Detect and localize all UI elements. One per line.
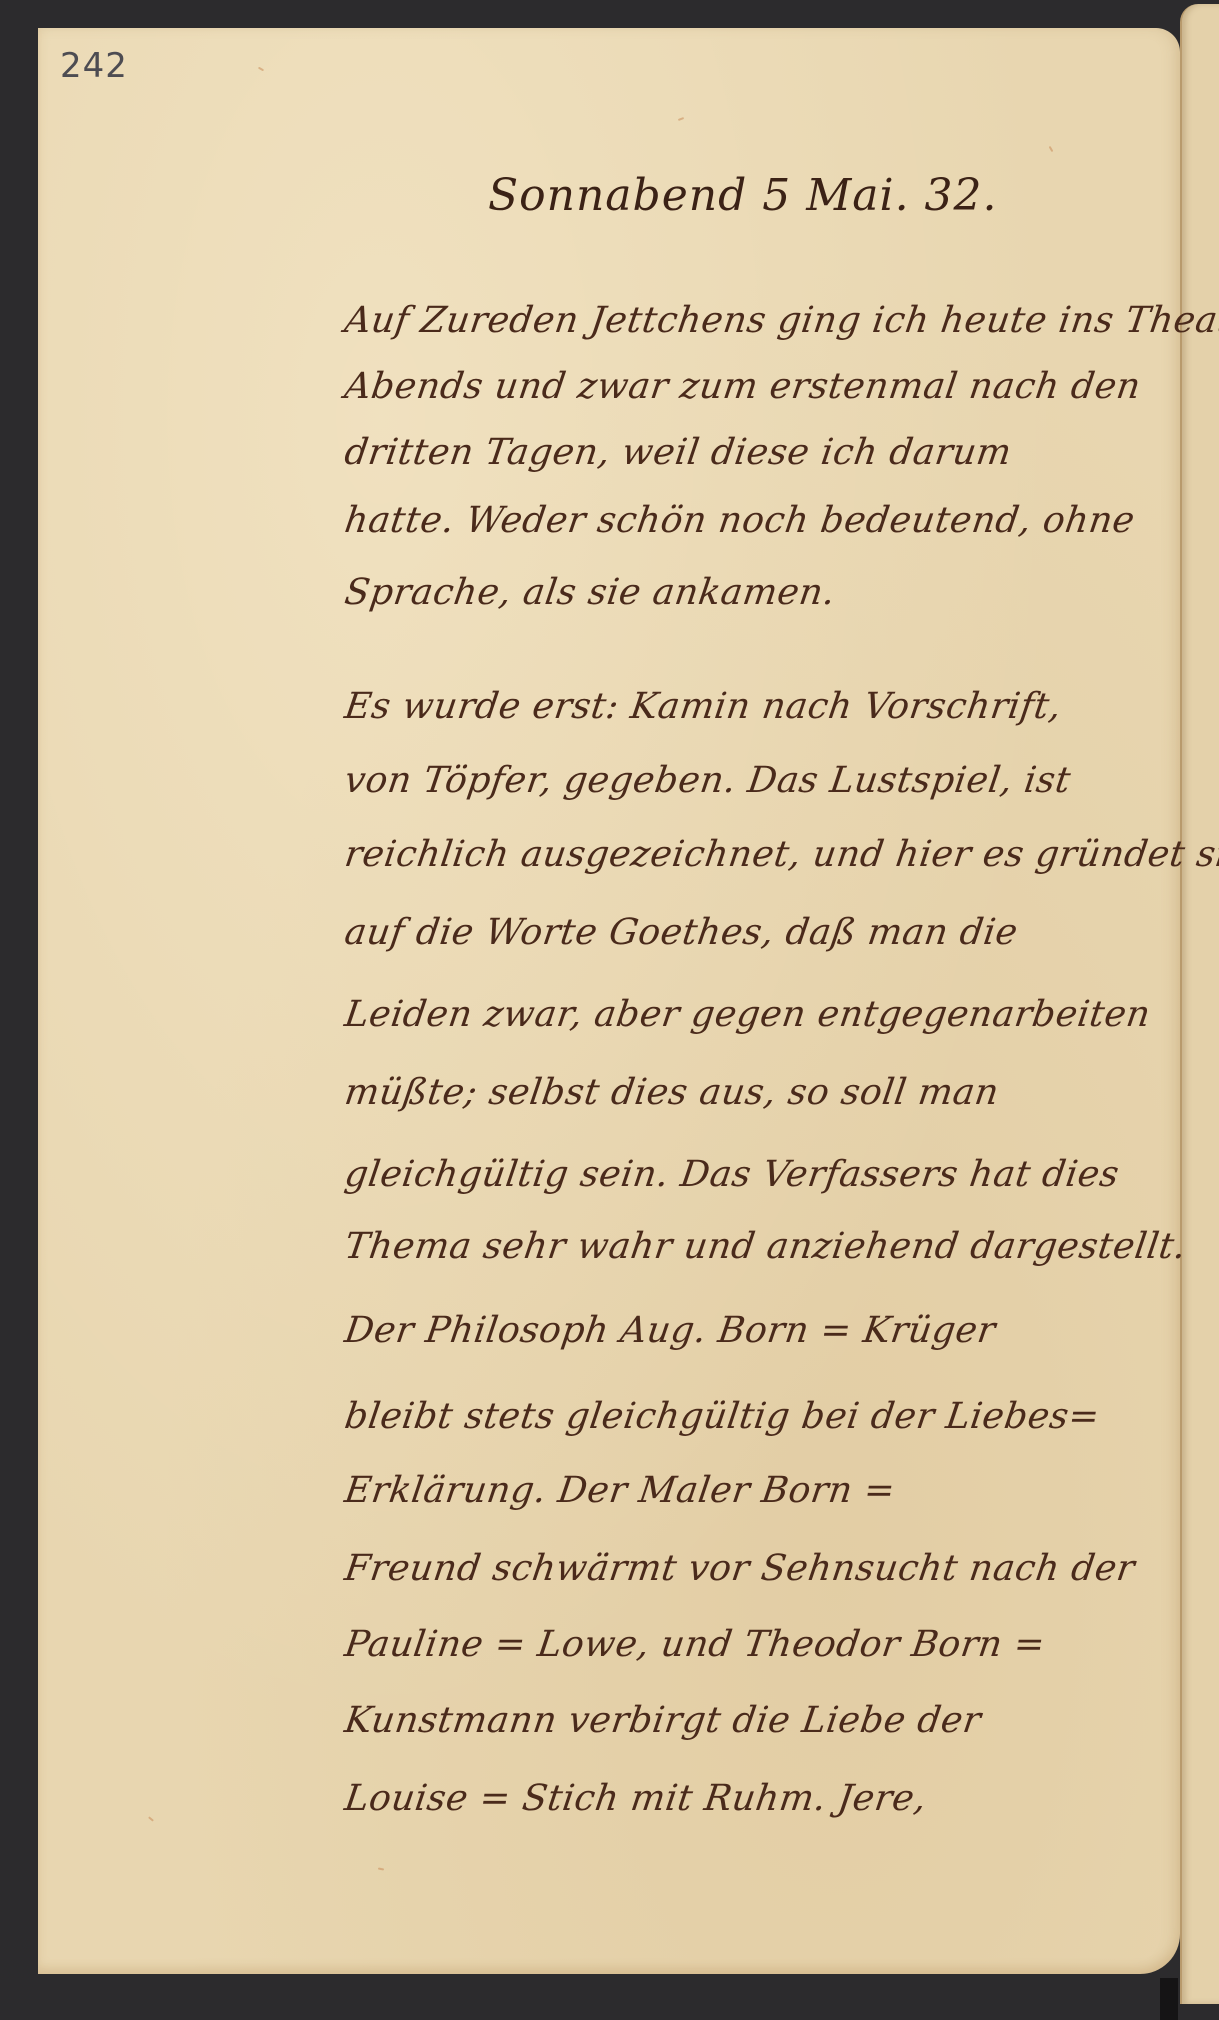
text-line: Erklärung. Der Maler Born = <box>342 1470 898 1511</box>
text-line: müßte; selbst dies aus, so soll man <box>342 1072 1001 1113</box>
text-line: gleichgültig sein. Das Verfassers hat di… <box>342 1154 1122 1195</box>
text-line: Es wurde erst: Kamin nach Vorschrift, <box>342 686 1064 727</box>
text-line: von Töpfer, gegeben. Das Lustspiel, ist <box>342 760 1073 801</box>
text-line: Thema sehr wahr und anziehend dargestell… <box>342 1226 1189 1267</box>
text-line: Der Philosoph Aug. Born = Krüger <box>342 1310 998 1351</box>
paper-speck <box>1049 146 1054 152</box>
paper-speck <box>258 67 264 72</box>
text-line: Louise = Stich mit Ruhm. Jere, <box>342 1778 929 1819</box>
text-line: Kunstmann verbirgt die Liebe der <box>342 1700 984 1741</box>
folio-number: 242 <box>60 46 128 86</box>
text-line: auf die Worte Goethes, daß man die <box>342 912 1020 953</box>
text-line: Freund schwärmt vor Sehnsucht nach der <box>342 1548 1137 1589</box>
text-line: bleibt stets gleichgültig bei der Liebes… <box>342 1396 1102 1437</box>
text-line: Abends und zwar zum erstenmal nach den <box>342 366 1143 407</box>
paper-speck <box>148 1816 154 1821</box>
entry-date-heading: Sonnabend 5 Mai. 32. <box>488 170 998 221</box>
text-line: hatte. Weder schön noch bedeutend, ohne <box>342 500 1137 541</box>
binding-strip <box>1160 1978 1178 2020</box>
paper-speck <box>678 117 684 121</box>
paper-speck <box>378 1867 384 1870</box>
text-line: Leiden zwar, aber gegen entgegenarbeiten <box>342 994 1153 1035</box>
text-line: reichlich ausgezeichnet, und hier es grü… <box>342 834 1219 875</box>
text-line: dritten Tagen, weil diese ich darum <box>342 432 1014 473</box>
text-line: Auf Zureden Jettchens ging ich heute ins… <box>342 300 1219 341</box>
text-line: Sprache, als sie ankamen. <box>342 572 838 613</box>
text-line: Pauline = Lowe, und Theodor Born = <box>342 1624 1048 1665</box>
